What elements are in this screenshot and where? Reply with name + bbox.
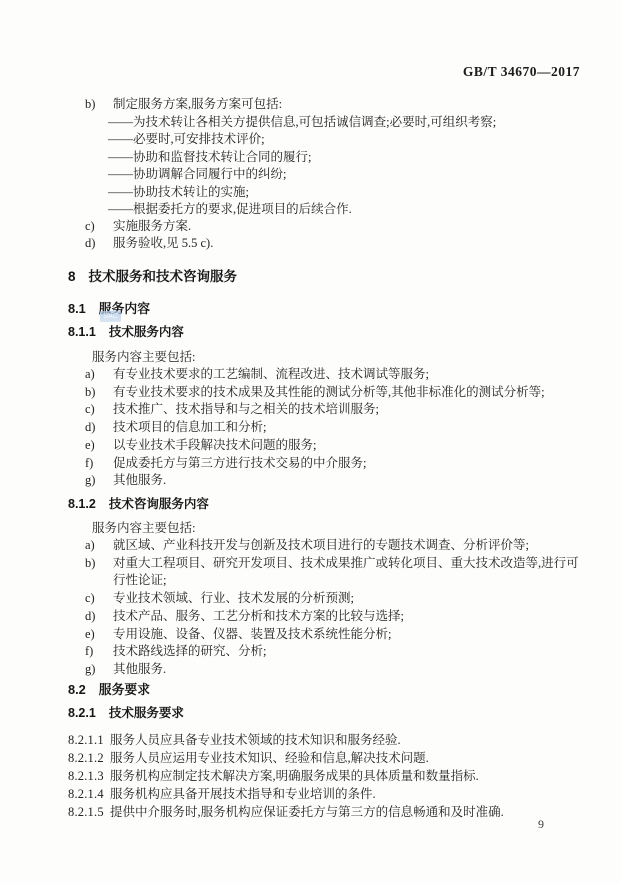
list-label: f)	[85, 643, 111, 661]
list-item: c)技术推广、技术指导和与之相关的技术培训服务;	[0, 401, 581, 419]
list-item: g)其他服务.	[0, 472, 581, 490]
intro-paragraph: 服务内容主要包括:	[0, 520, 581, 538]
clause-text: 服务人员应具备专业技术领域的技术知识和服务经验.	[110, 733, 401, 747]
list-label: e)	[85, 626, 111, 644]
clause-number: 8.2.1.5	[68, 803, 110, 821]
list-text: 有专业技术要求的工艺编制、流程改进、技术调试等服务;	[113, 367, 429, 381]
service-content-list: a)有专业技术要求的工艺编制、流程改进、技术调试等服务; b)有专业技术要求的技…	[0, 366, 581, 490]
consulting-content-list: a)就区域、产业科技开发与创新及技术项目进行的专题技术调查、分析评价等; b)对…	[0, 537, 581, 679]
list-text: 以专业技术手段解决技术问题的服务;	[113, 438, 316, 452]
heading-title: 技术服务和技术咨询服务	[89, 269, 238, 284]
heading-title: 技术服务要求	[109, 706, 184, 720]
heading-number: 8	[68, 269, 76, 284]
list-text: 技术路线选择的研究、分析;	[113, 644, 266, 658]
list-label: g)	[85, 661, 111, 679]
dash-item: ——根据委托方的要求,促进项目的后续合作.	[0, 201, 581, 218]
clause: 8.2.1.2服务人员应运用专业技术知识、经验和信息,解决技术问题.	[0, 749, 581, 767]
list-text: 服务验收,见 5.5 c).	[113, 236, 213, 250]
list-label: a)	[85, 537, 111, 555]
list-text: 制定服务方案,服务方案可包括:	[113, 97, 282, 111]
list-item: f)促成委托方与第三方进行技术交易的中介服务;	[0, 455, 581, 473]
list-item: b)对重大工程项目、研究开发项目、技术成果推广或转化项目、重大技术改造等,进行可…	[0, 555, 581, 590]
heading-number: 8.1	[68, 301, 86, 316]
clause-text: 服务人员应运用专业技术知识、经验和信息,解决技术问题.	[110, 751, 429, 765]
page-number: 9	[538, 817, 544, 832]
heading-number: 8.1.1	[68, 325, 96, 339]
list-label: b)	[85, 384, 111, 402]
list-label: g)	[85, 472, 111, 490]
list-text: 其他服务.	[113, 662, 166, 676]
dash-item: ——协助技术转让的实施;	[0, 184, 581, 201]
heading-title: 技术咨询服务内容	[109, 497, 209, 511]
heading-section-8-1-1: 8.1.1技术服务内容	[68, 324, 581, 340]
list-label: e)	[85, 437, 111, 455]
list-item: g)其他服务.	[0, 661, 581, 679]
list-label: d)	[85, 608, 111, 626]
clause-list: 8.2.1.1服务人员应具备专业技术领域的技术知识和服务经验. 8.2.1.2服…	[0, 731, 581, 821]
list-label: f)	[85, 455, 111, 473]
list-item: a)就区域、产业科技开发与创新及技术项目进行的专题技术调查、分析评价等;	[0, 537, 581, 555]
clause: 8.2.1.4服务机构应具备开展技术指导和专业培训的条件.	[0, 785, 581, 803]
heading-section-8-2: 8.2服务要求	[68, 682, 581, 698]
dash-item: ——必要时,可安排技术评价;	[0, 131, 581, 148]
list-item: b)有专业技术要求的技术成果及其性能的测试分析等,其他非标准化的测试分析等;	[0, 384, 581, 402]
clause-number: 8.2.1.4	[68, 785, 110, 803]
clause-number: 8.2.1.1	[68, 731, 110, 749]
intro-paragraph: 服务内容主要包括:	[0, 349, 581, 367]
heading-section-8-2-1: 8.2.1技术服务要求	[68, 705, 581, 721]
list-text: 对重大工程项目、研究开发项目、技术成果推广或转化项目、重大技术改造等,进行可行性…	[113, 556, 579, 588]
heading-title: 技术服务内容	[109, 325, 184, 339]
heading-title: 服务要求	[99, 682, 150, 697]
dash-item: ——协助和监督技术转让合同的履行;	[0, 149, 581, 166]
document-page: GB/T 34670—2017 b) 制定服务方案,服务方案可包括: ——为技术…	[0, 0, 621, 883]
list-item: c)专业技术领域、行业、技术发展的分析预测;	[0, 590, 581, 608]
list-label: d)	[85, 235, 111, 253]
list-label: c)	[85, 401, 111, 419]
list-text: 专用设施、设备、仪器、装置及技术系统性能分析;	[113, 627, 391, 641]
list-item-c: c) 实施服务方案.	[0, 218, 581, 236]
clause-text: 提供中介服务时,服务机构应保证委托方与第三方的信息畅通和及时准确.	[110, 805, 504, 819]
list-item: d)技术项目的信息加工和分析;	[0, 419, 581, 437]
list-text: 促成委托方与第三方进行技术交易的中介服务;	[113, 456, 366, 470]
list-item-b: b) 制定服务方案,服务方案可包括:	[0, 96, 581, 114]
clause: 8.2.1.1服务人员应具备专业技术领域的技术知识和服务经验.	[0, 731, 581, 749]
clause-number: 8.2.1.3	[68, 767, 110, 785]
list-label: c)	[85, 218, 111, 236]
list-item-d: d) 服务验收,见 5.5 c).	[0, 235, 581, 253]
heading-section-8-1-2: 8.1.2技术咨询服务内容	[68, 496, 581, 512]
heading-section-8-1: 8.1服务内容	[68, 301, 581, 317]
list-label: a)	[85, 366, 111, 384]
heading-number: 8.2	[68, 682, 86, 697]
standard-code: GB/T 34670—2017	[463, 64, 580, 80]
list-item: f)技术路线选择的研究、分析;	[0, 643, 581, 661]
heading-number: 8.1.2	[68, 497, 96, 511]
list-label: b)	[85, 555, 111, 573]
list-label: d)	[85, 419, 111, 437]
list-item: d)技术产品、服务、工艺分析和技术方案的比较与选择;	[0, 608, 581, 626]
list-text: 技术产品、服务、工艺分析和技术方案的比较与选择;	[113, 609, 404, 623]
list-text: 有专业技术要求的技术成果及其性能的测试分析等,其他非标准化的测试分析等;	[113, 385, 545, 399]
list-item: e)专用设施、设备、仪器、装置及技术系统性能分析;	[0, 626, 581, 644]
list-item: a)有专业技术要求的工艺编制、流程改进、技术调试等服务;	[0, 366, 581, 384]
list-label: b)	[85, 96, 111, 114]
dash-list: ——为技术转让各相关方提供信息,可包括诚信调查;必要时,可组织考察; ——必要时…	[0, 114, 581, 218]
dash-item: ——协助调解合同履行中的纠纷;	[0, 166, 581, 183]
clause-text: 服务机构应制定技术解决方案,明确服务成果的具体质量和数量指标.	[110, 769, 479, 783]
heading-section-8: 8技术服务和技术咨询服务	[68, 269, 581, 285]
dash-item: ——为技术转让各相关方提供信息,可包括诚信调查;必要时,可组织考察;	[0, 114, 581, 131]
clause: 8.2.1.3服务机构应制定技术解决方案,明确服务成果的具体质量和数量指标.	[0, 767, 581, 785]
clause: 8.2.1.5提供中介服务时,服务机构应保证委托方与第三方的信息畅通和及时准确.	[0, 803, 581, 821]
list-text: 就区域、产业科技开发与创新及技术项目进行的专题技术调查、分析评价等;	[113, 538, 529, 552]
list-text: 技术推广、技术指导和与之相关的技术培训服务;	[113, 402, 379, 416]
list-text: 实施服务方案.	[113, 219, 191, 233]
heading-number: 8.2.1	[68, 706, 96, 720]
clause-text: 服务机构应具备开展技术指导和专业培训的条件.	[110, 787, 376, 801]
scan-watermark: SAC	[100, 311, 121, 322]
list-label: c)	[85, 590, 111, 608]
list-item: e)以专业技术手段解决技术问题的服务;	[0, 437, 581, 455]
list-text: 专业技术领域、行业、技术发展的分析预测;	[113, 591, 354, 605]
clause-number: 8.2.1.2	[68, 749, 110, 767]
list-text: 其他服务.	[113, 473, 166, 487]
list-text: 技术项目的信息加工和分析;	[113, 420, 266, 434]
